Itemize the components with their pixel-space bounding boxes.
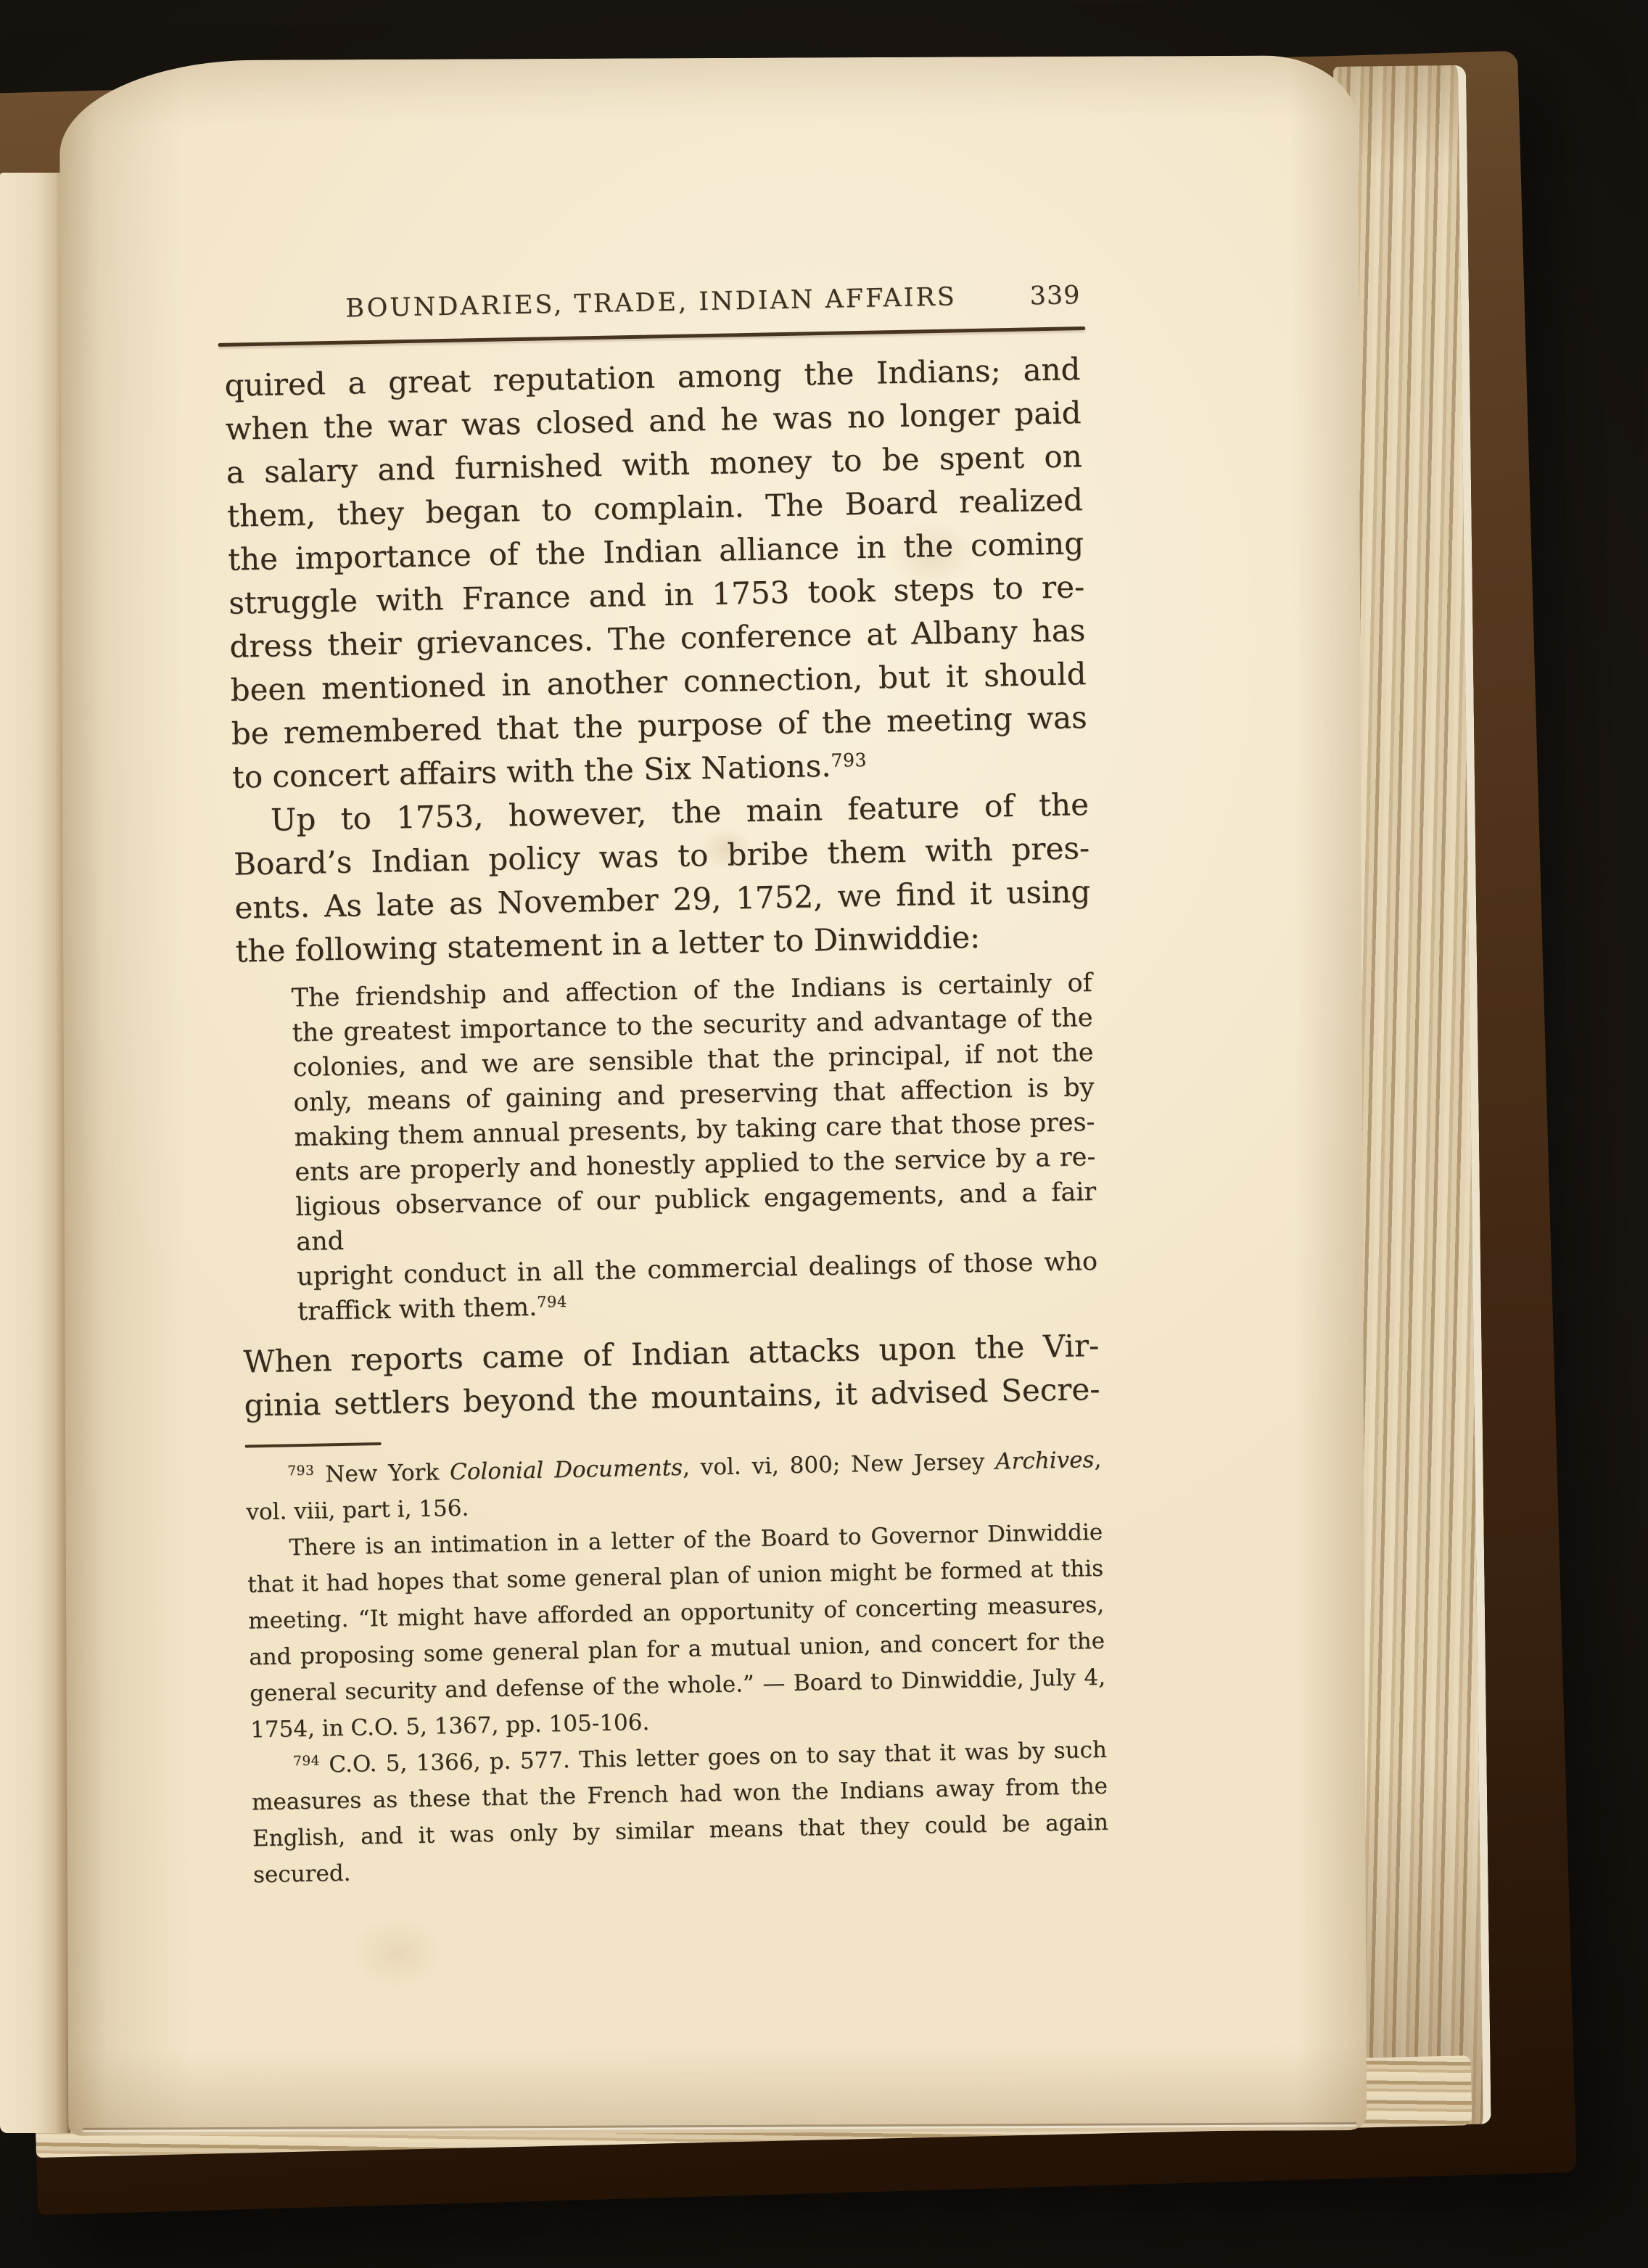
italic-title: Archives xyxy=(995,1447,1095,1475)
printed-text-block: BOUNDARIES, TRADE, INDIAN AFFAIRS 339 qu… xyxy=(223,280,1109,1893)
footnote-reference: 794 xyxy=(537,1293,567,1311)
foxing-stain xyxy=(350,1917,445,1990)
paragraph-2: Up to 1753, however, the main feature of… xyxy=(233,783,1092,974)
block-quote: The friendship and affection of the Indi… xyxy=(291,966,1098,1329)
page-bottom-crease xyxy=(83,2122,1356,2130)
footnote-separator-rule xyxy=(245,1442,382,1448)
paragraph-1: quired a great reputation among the Indi… xyxy=(224,348,1088,800)
text-run: New York xyxy=(314,1459,450,1488)
text-run: to concert affairs with the Six Nations. xyxy=(231,748,831,795)
text-run: , xyxy=(1094,1447,1102,1473)
page-number: 339 xyxy=(1029,281,1081,311)
facing-page-gutter-edge xyxy=(0,173,70,2133)
footnote-number: 793 xyxy=(287,1463,314,1479)
paragraph-3: When reports came of Indian attacks upon… xyxy=(243,1324,1100,1428)
photo-of-open-book: BOUNDARIES, TRADE, INDIAN AFFAIRS 339 qu… xyxy=(0,0,1648,2268)
text-run: traffick with them. xyxy=(297,1293,537,1326)
italic-title: Colonial Documents xyxy=(450,1455,683,1485)
footnote-reference: 793 xyxy=(831,749,867,771)
running-head: BOUNDARIES, TRADE, INDIAN AFFAIRS 339 xyxy=(223,280,1079,333)
footnotes: 793 New York Colonial Documents, vol. vi… xyxy=(245,1442,1109,1894)
book-page: BOUNDARIES, TRADE, INDIAN AFFAIRS 339 qu… xyxy=(59,55,1367,2136)
footnote-number: 794 xyxy=(293,1754,320,1770)
page-title: BOUNDARIES, TRADE, INDIAN AFFAIRS xyxy=(223,280,1079,326)
text-run: , vol. vi, 800; New Jersey xyxy=(683,1449,996,1481)
text-line: English, and it was only by similar mean… xyxy=(252,1804,1110,1894)
